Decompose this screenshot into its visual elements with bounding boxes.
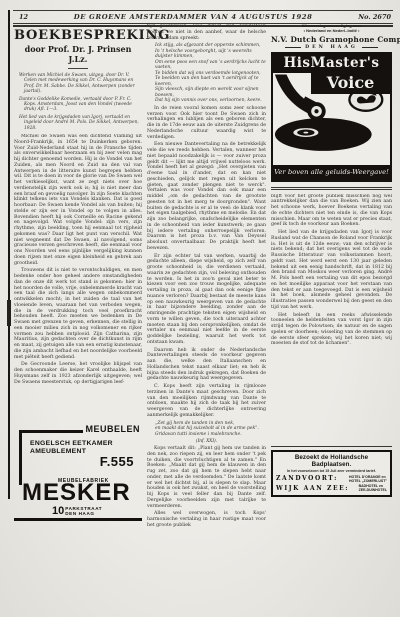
paragraph: Een nieuwe Dantevertaling na de betrekke… xyxy=(147,142,266,251)
paragraph: Het lied van de krijgsdaden van Igorj is… xyxy=(271,230,392,311)
paragraph: tijd geschreven. Hoe direct den Vondelto… xyxy=(147,24,266,41)
masthead-title: DE GROENE AMSTERDAMMER VAN 4 AUGUSTUS 19… xyxy=(74,13,313,21)
mesker-brand-name: MESKER xyxy=(22,481,131,505)
article-title: BOEKBESPREKING xyxy=(14,28,142,43)
column-left: BOEKBESPREKING door Prof. Dr. J. Prinsen… xyxy=(14,28,142,521)
verse-line: Dat hij sijn vonnis over ons, verloornen… xyxy=(155,98,266,104)
hmv-agency-text: Alleenvertegenwoordiging voor • Nederlan… xyxy=(271,24,392,34)
verse-block: Ick stijg, als afgezant der opperste sch… xyxy=(155,43,266,104)
article-byline: door Prof. Dr. J. Prinsen J.Lz. xyxy=(14,44,142,64)
paragraph: Er zijn echter tal van werken, waarbij d… xyxy=(147,254,266,346)
verse-line: Om eene poos een snof van 's aerdrijcks … xyxy=(155,60,266,71)
resort-name: WIJK AAN ZEE: xyxy=(276,485,349,492)
byline-divider xyxy=(68,68,88,69)
scan-edge-line xyxy=(8,10,10,499)
column-middle: tijd geschreven. Hoe direct den Vondelto… xyxy=(147,24,266,559)
hmv-brand-line1: HisMaster's xyxy=(273,54,390,73)
quote-line: Gridavan tutti insieme i malebranche. xyxy=(155,432,266,438)
verse-line: Ick stijg, als afgezant der opperste sch… xyxy=(155,43,266,49)
mesker-bottom-bar xyxy=(14,518,142,521)
mesker-ad: MEUBELEN ENGELSCH EETKAMER AMEUBLEMENT F… xyxy=(14,423,142,521)
paragraph: Alles wel overwogen, is toch Kops' harmo… xyxy=(147,511,266,528)
column1-text: Michiel de Swaen was een dichtend Vlamin… xyxy=(14,134,142,418)
resort-hotel: ZEE-DUINHOTEL xyxy=(359,488,387,492)
hmv-city-row: DEN HAAG xyxy=(271,45,392,50)
mesker-address: 10 PARKSTRAAT DEN HAAG xyxy=(52,506,102,516)
page-number: 12 xyxy=(19,13,28,21)
mesker-city: DEN HAAG xyxy=(65,511,94,516)
column-right: Alleenvertegenwoordiging voor • Nederlan… xyxy=(271,24,392,497)
resort-row: ZANDVOORT: HOTEL D'ORANGE en HOTEL „ZOME… xyxy=(276,475,387,483)
paragraph: De Gecroonde Leerse, het vroolijke blijs… xyxy=(14,362,142,385)
paragraph: blijft voor het groote publiek misschien… xyxy=(271,194,392,229)
section-rule xyxy=(271,446,392,447)
paragraph: C. Kops heeft zijn vertaling in rijmlooz… xyxy=(147,384,266,419)
double-rule xyxy=(271,187,392,190)
column3-text: blijft voor het groote publiek misschien… xyxy=(271,194,392,446)
verse-line: In 't helsche voorgeborght, uijt 's weer… xyxy=(155,49,266,60)
paragraph: Daarom heb ik onder de Nederlandsche Dan… xyxy=(147,348,266,383)
hmv-tagline: Ver boven alle geluids-Weergave! xyxy=(273,165,390,180)
mesker-line2: AMEUBLEMENT xyxy=(30,448,86,455)
scan-edge-smudge xyxy=(7,300,11,326)
paragraph: Trouwens dit is niet te verontschuldigen… xyxy=(14,268,142,360)
paragraph: Michiel de Swaen was een dichtend Vlamin… xyxy=(14,134,142,266)
badplaatsen-subtitle: In het voorseizoen tot 15 Juli zeer verm… xyxy=(276,469,387,473)
resort-hotel: HOTEL „ZOMERLUST" xyxy=(349,479,387,483)
newspaper-page: 12 DE GROENE AMSTERDAMMER VAN 4 AUGUSTUS… xyxy=(0,0,400,617)
issue-number: No. 2670 xyxy=(358,13,391,21)
verse-line: Sijn vleesch, sijn diepte en werelt voor… xyxy=(155,87,266,98)
paragraph: In de reien vooral komen soms zeer schoo… xyxy=(147,106,266,141)
dash-rule xyxy=(362,47,378,48)
hmv-city: DEN HAAG xyxy=(305,45,358,50)
paragraph: Het beleeft in een reeks afwisselende to… xyxy=(271,313,392,348)
hmv-ad: Alleenvertegenwoordiging voor • Nederlan… xyxy=(271,24,392,190)
paragraph: Kops vertaalt dit: „Plant gij hem uw tan… xyxy=(147,446,266,509)
bibliography-entry: Dante's Goddelike Komedie, vertaald door… xyxy=(14,97,142,113)
badplaatsen-title: Bezoekt de Hollandsche Badplaatsen. xyxy=(276,454,387,468)
bibliography-entry: Werken van Michiel de Swaen, uitgeg. doo… xyxy=(14,73,142,95)
resort-row: WIJK AAN ZEE: BADHOTEL en ZEE-DUINHOTEL xyxy=(276,484,387,492)
mesker-house-number: 10 xyxy=(52,506,64,516)
hmv-ad-box: HisMaster's Voice Ver boven alle geluids… xyxy=(271,52,392,182)
mesker-price: F.555 xyxy=(100,454,134,469)
quote-attribution: (Inf. XXI). xyxy=(147,439,266,444)
hmv-agency-line2: • Nederland en Nederl.-Indië • xyxy=(304,28,360,33)
verse-line: Te beelden van den haet van 't aerdrijck… xyxy=(155,76,266,87)
hmv-brand-line2: Voice xyxy=(311,73,390,94)
mesker-meubelen-label: MEUBELEN xyxy=(83,424,142,434)
badplaatsen-ad: Bezoekt de Hollandsche Badplaatsen. In h… xyxy=(271,450,392,498)
hmv-company-name: N.V. Dutch Gramophone Comp. xyxy=(271,35,392,44)
mesker-line1: ENGELSCH EETKAMER xyxy=(30,440,113,447)
quote-block: „Zet gij hem de tanden in den nek, en ma… xyxy=(155,421,266,438)
dash-rule xyxy=(285,47,301,48)
quote-line: en maakt dat hij suizebolt al in de arme… xyxy=(155,426,266,432)
bibliography-entry: Het lied van de krijgsdaden van Igorj, v… xyxy=(14,115,142,131)
resort-name: ZANDVOORT: xyxy=(276,475,338,482)
